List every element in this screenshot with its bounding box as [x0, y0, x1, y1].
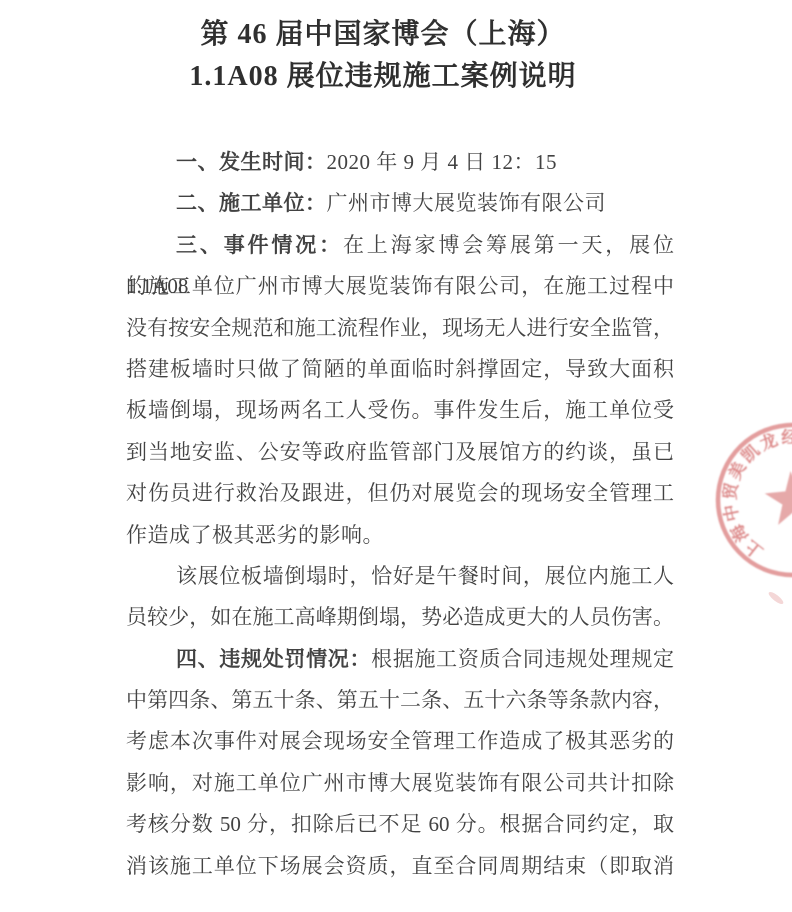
line-text: 根据施工资质合同违规处理规定 — [371, 647, 674, 671]
body-line: 一、发生时间：2020 年 9 月 4 日 12：15 — [126, 142, 674, 183]
body-line: 中第四条、第五十条、第五十二条、五十六条等条款内容， — [126, 680, 674, 721]
line-text: 该展位板墙倒塌时，恰好是午餐时间，展位内施工人 — [176, 564, 674, 588]
line-text: 中第四条、第五十条、第五十二条、五十六条等条款内容， — [126, 688, 674, 712]
body-line: 没有按安全规范和施工流程作业，现场无人进行安全监管， — [126, 308, 674, 349]
body-line: 考核分数 50 分，扣除后已不足 60 分。根据合同约定，取 — [126, 804, 674, 845]
line-text: 到当地安监、公安等政府监管部门及展馆方的约谈，虽已 — [126, 440, 674, 464]
section-label: 三、事件情况： — [176, 233, 343, 257]
stamp-arc-text-wrap: 上海中贸美凯龙经 — [713, 427, 792, 565]
stamp-ring — [712, 419, 792, 582]
body-line: 的施工单位广州市博大展览装饰有限公司，在施工过程中 — [126, 266, 674, 307]
title-line-1: 第 46 届中国家博会（上海） — [0, 14, 779, 56]
section-label: 二、施工单位： — [176, 191, 327, 215]
body-line: 对伤员进行救治及跟进，但仍对展览会的现场安全管理工 — [126, 473, 674, 514]
body-line: 三、事件情况：在上海家博会筹展第一天，展位 1.1A08 — [126, 225, 674, 266]
body-line: 该展位板墙倒塌时，恰好是午餐时间，展位内施工人 — [126, 556, 674, 597]
body-line: 四、违规处罚情况：根据施工资质合同违规处理规定 — [126, 639, 674, 680]
body-line: 作造成了极其恶劣的影响。 — [126, 515, 674, 556]
line-text: 搭建板墙时只做了简陋的单面临时斜撑固定，导致大面积 — [126, 357, 674, 381]
section-label: 一、发生时间： — [176, 150, 327, 174]
title-line-2: 1.1A08 展位违规施工案例说明 — [0, 56, 779, 98]
body-line: 消该施工单位下场展会资质，直至合同周期结束（即取消 — [126, 846, 674, 887]
ink-smudge — [767, 590, 785, 606]
line-text: 作造成了极其恶劣的影响。 — [126, 523, 384, 547]
line-text: 广州市博大展览装饰有限公司 — [327, 191, 607, 215]
body-line: 考虑本次事件对展会现场安全管理工作造成了极其恶劣的 — [126, 721, 674, 762]
line-text: 板墙倒塌，现场两名工人受伤。事件发生后，施工单位受 — [126, 398, 674, 422]
line-text: 2020 年 9 月 4 日 12：15 — [327, 150, 558, 174]
body-line: 二、施工单位：广州市博大展览装饰有限公司 — [126, 183, 674, 224]
line-text: 影响，对施工单位广州市博大展览装饰有限公司共计扣除 — [126, 771, 674, 795]
line-text: 对伤员进行救治及跟进，但仍对展览会的现场安全管理工 — [126, 481, 674, 505]
scanned-document-page: 第 46 届中国家博会（上海） 1.1A08 展位违规施工案例说明 一、发生时间… — [0, 0, 792, 912]
line-text: 的施工单位广州市博大展览装饰有限公司，在施工过程中 — [126, 274, 674, 298]
document-body: 一、发生时间：2020 年 9 月 4 日 12：15二、施工单位：广州市博大展… — [126, 142, 674, 887]
body-line: 到当地安监、公安等政府监管部门及展馆方的约谈，虽已 — [126, 432, 674, 473]
stamp-graphic: 上海中贸美凯龙经 — [712, 419, 792, 582]
line-text: 考核分数 50 分，扣除后已不足 60 分。根据合同约定，取 — [126, 812, 674, 836]
company-seal-stamp: 上海中贸美凯龙经 — [690, 408, 792, 608]
section-label: 四、违规处罚情况： — [176, 647, 371, 671]
body-line: 影响，对施工单位广州市博大展览装饰有限公司共计扣除 — [126, 763, 674, 804]
body-line: 员较少，如在施工高峰期倒塌，势必造成更大的人员伤害。 — [126, 597, 674, 638]
line-text: 没有按安全规范和施工流程作业，现场无人进行安全监管， — [126, 316, 674, 340]
stamp-arc-text: 上海中贸美凯龙经 — [713, 427, 792, 565]
body-line: 搭建板墙时只做了简陋的单面临时斜撑固定，导致大面积 — [126, 349, 674, 390]
line-text: 考虑本次事件对展会现场安全管理工作造成了极其恶劣的 — [126, 729, 674, 753]
body-line: 板墙倒塌，现场两名工人受伤。事件发生后，施工单位受 — [126, 390, 674, 431]
document-title: 第 46 届中国家博会（上海） 1.1A08 展位违规施工案例说明 — [0, 14, 779, 98]
line-text: 员较少，如在施工高峰期倒塌，势必造成更大的人员伤害。 — [126, 605, 674, 629]
stamp-star-icon — [763, 469, 792, 526]
line-text: 消该施工单位下场展会资质，直至合同周期结束（即取消 — [126, 854, 674, 878]
